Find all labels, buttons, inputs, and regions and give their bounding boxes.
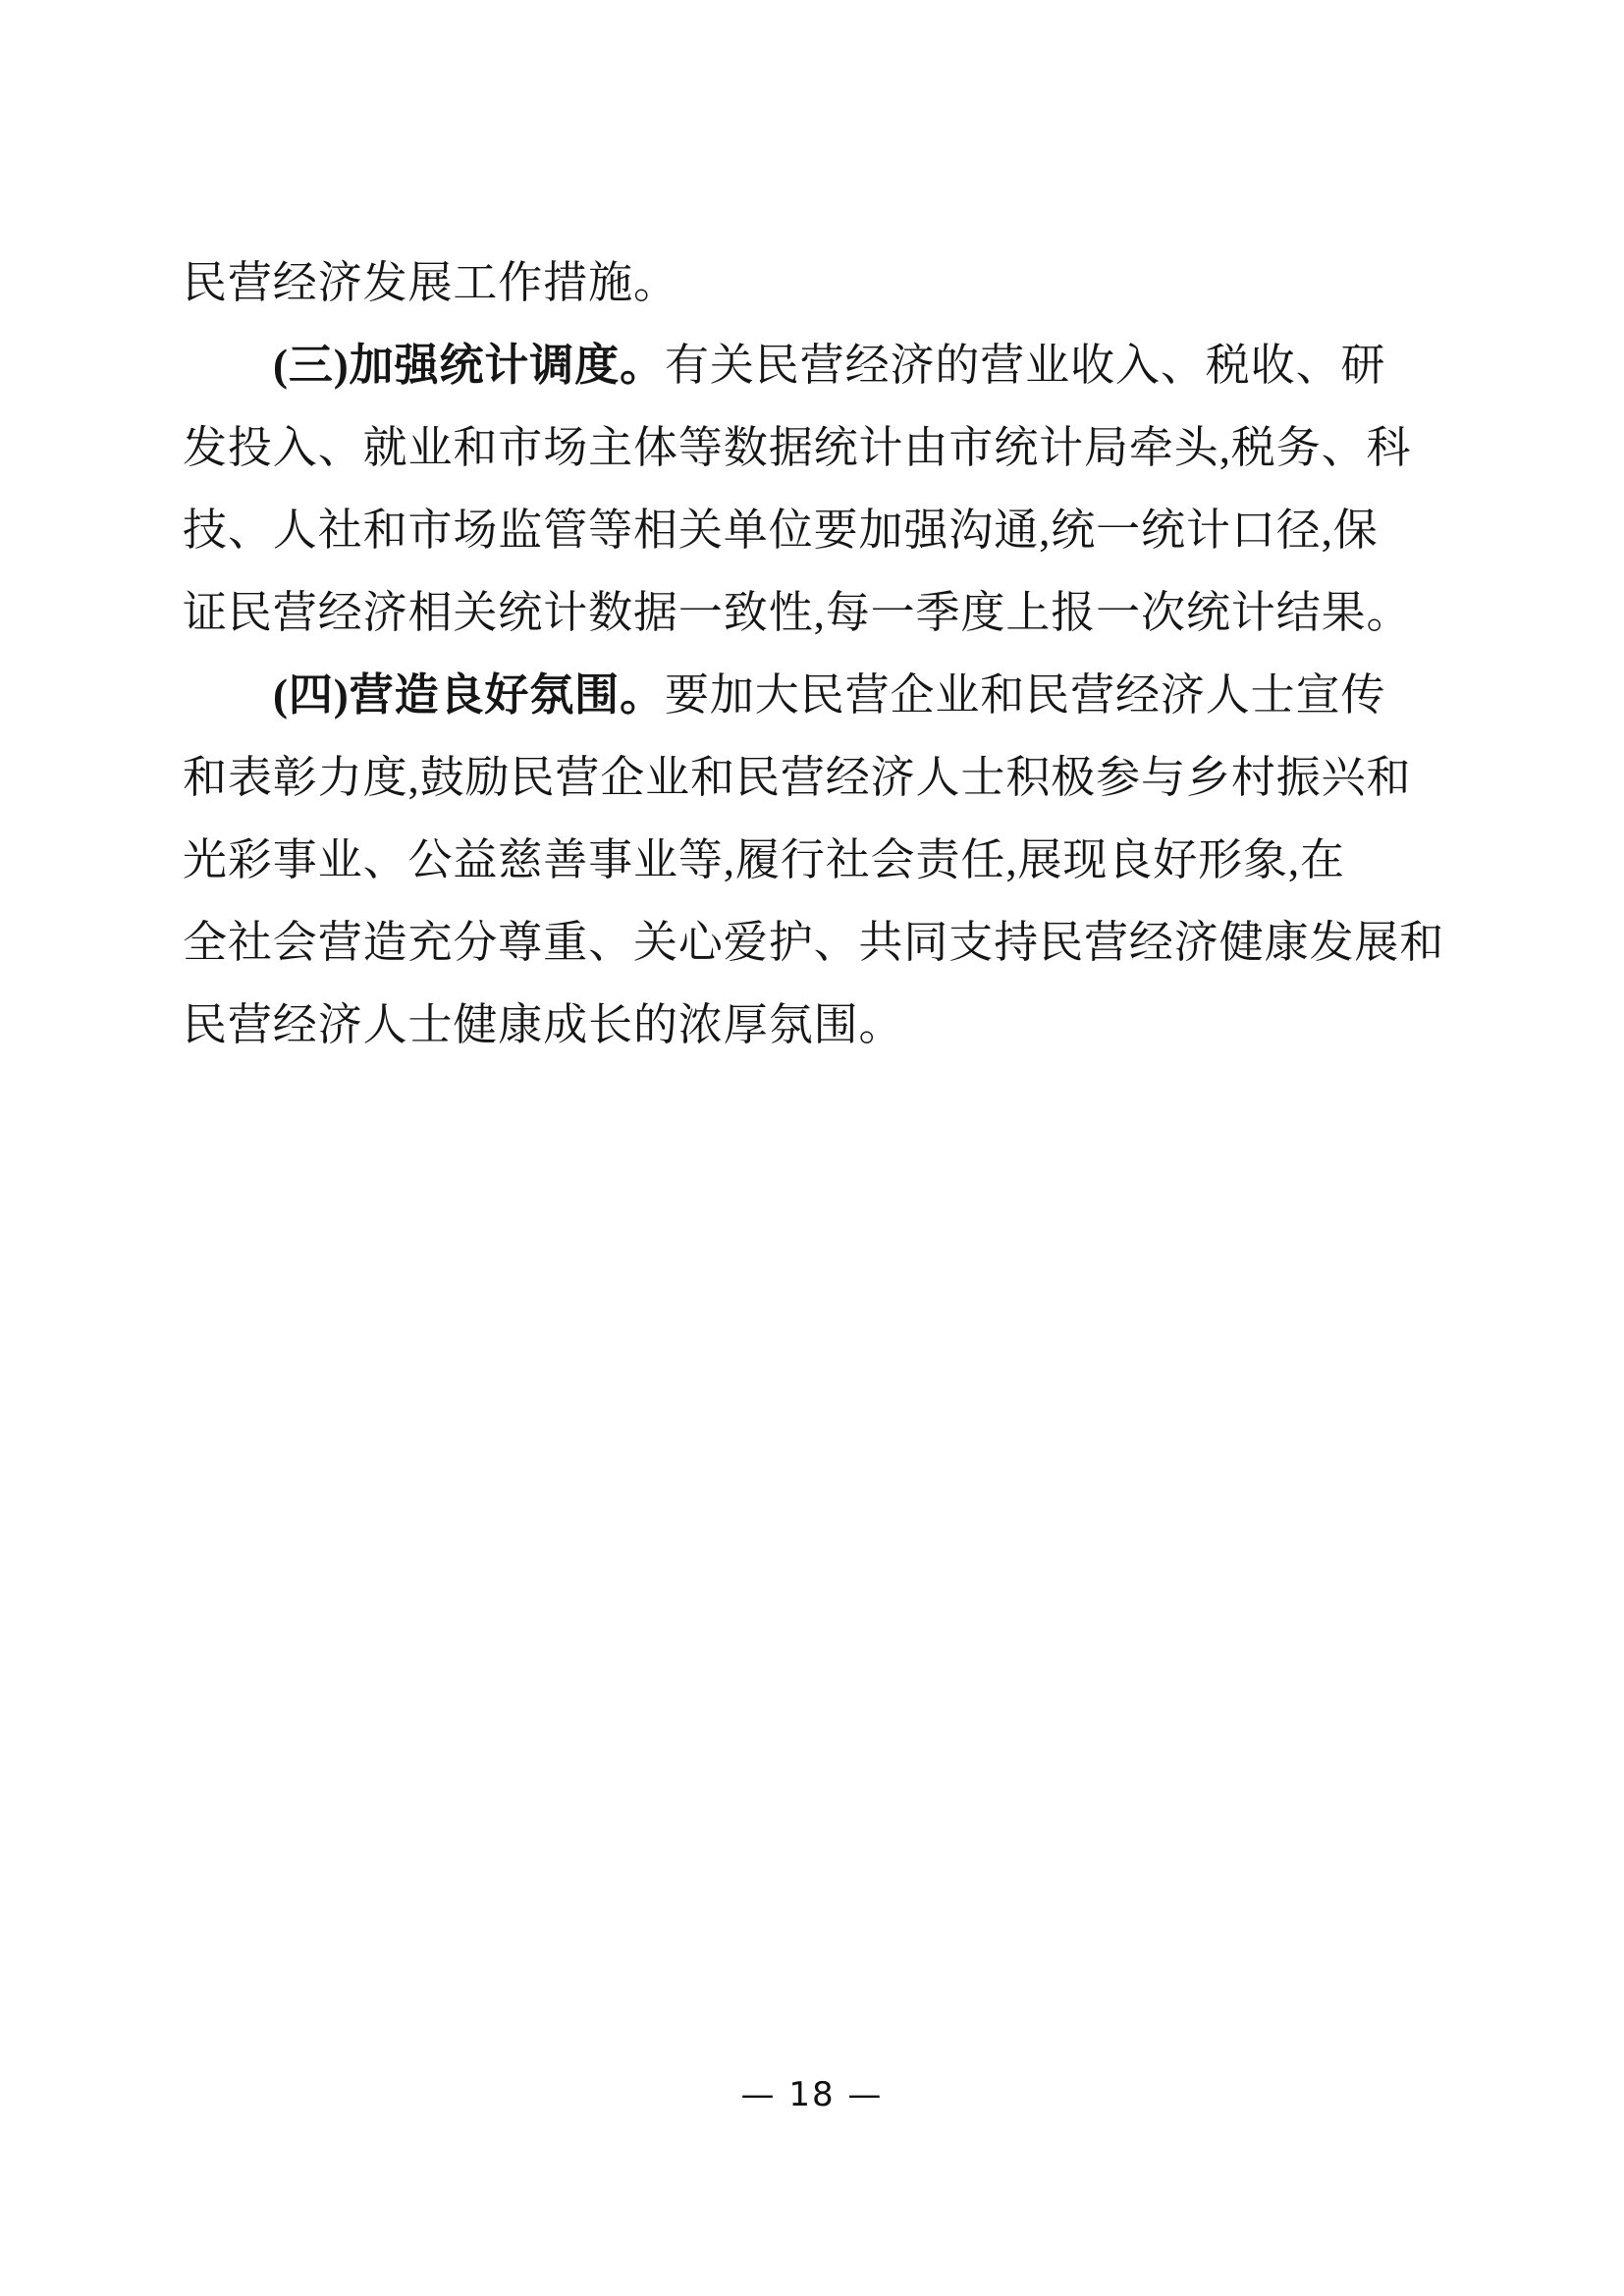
text-line: (四)营造良好氛围。要加大民营企业和民营经济人士宣传 [183, 654, 1454, 736]
section-3-body-text: 技、人社和市场监管等相关单位要加强沟通,统一统计口径,保 [183, 506, 1379, 555]
document-body: 民营经济发展工作措施。 (三)加强统计调度。有关民营经济的营业收入、税收、研 发… [183, 241, 1454, 1066]
text-line: 全社会营造充分尊重、关心爱护、共同支持民营经济健康发展和 [183, 901, 1454, 984]
text-line: 技、人社和市场监管等相关单位要加强沟通,统一统计口径,保 [183, 489, 1454, 571]
section-4-heading: (四)营造良好氛围。 [273, 670, 665, 720]
section-3-body-text: 证民营经济相关统计数据一致性,每一季度上报一次统计结果。 [183, 588, 1411, 637]
section-3-body-text: 有关民营经济的营业收入、税收、研 [665, 341, 1385, 390]
text-line: 和表彰力度,鼓励民营企业和民营经济人士积极参与乡村振兴和 [183, 736, 1454, 819]
section-4-body-text: 民营经济人士健康成长的浓厚氛围。 [183, 1000, 903, 1049]
section-4-body-text: 和表彰力度,鼓励民营企业和民营经济人士积极参与乡村振兴和 [183, 753, 1411, 802]
document-page: 民营经济发展工作措施。 (三)加强统计调度。有关民营经济的营业收入、税收、研 发… [0, 0, 1624, 2296]
page-number: — 18 — [741, 2075, 884, 2114]
section-3-body-text: 发投入、就业和市场主体等数据统计由市统计局牵头,税务、科 [183, 423, 1411, 472]
paragraph-continuation-text: 民营经济发展工作措施。 [183, 258, 678, 307]
text-line: 民营经济发展工作措施。 [183, 241, 1454, 324]
text-line: (三)加强统计调度。有关民营经济的营业收入、税收、研 [183, 324, 1454, 406]
section-3-heading: (三)加强统计调度。 [273, 341, 665, 390]
section-4-body-text: 全社会营造充分尊重、关心爱护、共同支持民营经济健康发展和 [183, 918, 1444, 967]
text-line: 发投入、就业和市场主体等数据统计由市统计局牵头,税务、科 [183, 406, 1454, 489]
text-line: 证民营经济相关统计数据一致性,每一季度上报一次统计结果。 [183, 571, 1454, 654]
text-line: 光彩事业、公益慈善事业等,履行社会责任,展现良好形象,在 [183, 819, 1454, 901]
section-4-body-text: 光彩事业、公益慈善事业等,履行社会责任,展现良好形象,在 [183, 835, 1345, 884]
section-4-body-text: 要加大民营企业和民营经济人士宣传 [665, 670, 1385, 720]
text-line: 民营经济人士健康成长的浓厚氛围。 [183, 984, 1454, 1066]
page-footer: — 18 — [0, 2073, 1624, 2116]
